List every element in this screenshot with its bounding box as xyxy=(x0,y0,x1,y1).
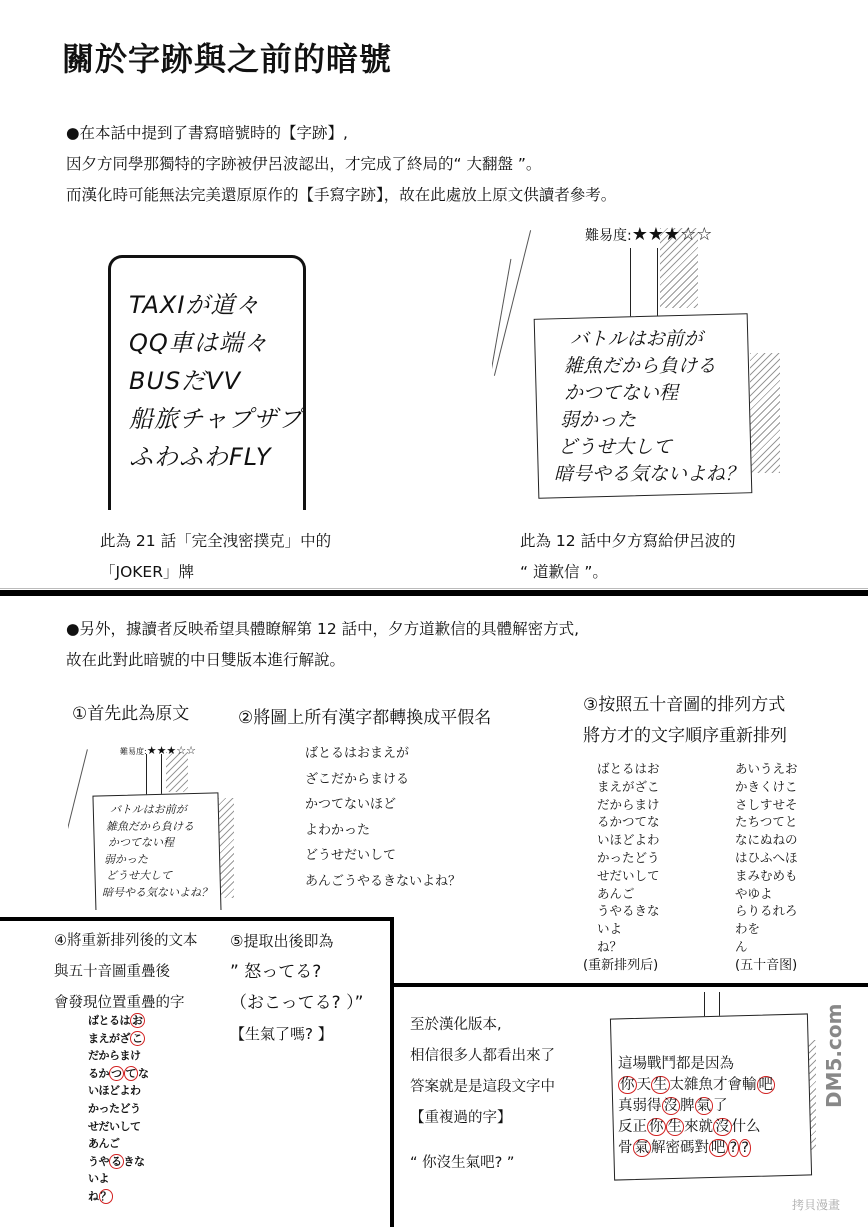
difficulty-label: 難易度: xyxy=(585,228,632,244)
card-handwritten-line: ふわふわFLY xyxy=(129,438,303,476)
circled-char: て xyxy=(124,1066,139,1081)
gojuon-row: ん xyxy=(735,938,798,956)
gojuon-row: らりるれろ xyxy=(735,902,798,920)
chinese-version-line: 相信很多人都看出來了 xyxy=(410,1041,555,1072)
caption-line: 「JOKER」牌 xyxy=(100,557,331,588)
page-title: 關於字跡與之前的暗號 xyxy=(62,34,392,80)
overlay-row: うやるきな xyxy=(88,1153,149,1171)
circled-char: ? xyxy=(739,1139,751,1157)
letter-line: どうせ大して xyxy=(106,868,212,885)
rearranged-row: いほどよわ xyxy=(597,831,660,849)
card-handwritten-line: TAXIが道々 xyxy=(129,286,303,324)
hiragana-line: よわかった xyxy=(305,818,461,844)
circled-char: つ xyxy=(109,1066,124,1081)
hiragana-line: あんごうやるきないよね？ xyxy=(305,869,461,895)
rearranged-row: いよ xyxy=(597,920,660,938)
letter-line: 雑魚だから負ける xyxy=(564,353,744,380)
gojuon-row: たちつてと xyxy=(735,813,798,831)
letter-line: かつてない程 xyxy=(564,380,744,407)
circled-char: る xyxy=(109,1154,124,1169)
overlay-row: いほどよわ xyxy=(88,1082,149,1100)
rearranged-row: あんご xyxy=(597,885,660,903)
difficulty-rating: 難易度:★★★☆☆ xyxy=(585,224,712,245)
apology-letter-caption: 此為 12 話中夕方寫給伊呂波的 “ 道歉信 ”。 xyxy=(520,526,736,588)
step1-original-image: 難易度:★★★☆☆ バトルはお前が 雑魚だから負ける かつてない程 弱かった ど… xyxy=(68,738,238,910)
circled-char: お xyxy=(130,1013,145,1028)
chinese-version-text: 至於漢化版本, 相信很多人都看出來了 答案就是是這段文字中 【重複過的字】 “ … xyxy=(410,1010,555,1179)
step1-heading: ①首先此為原文 xyxy=(72,699,189,724)
caption-line: “ 道歉信 ”。 xyxy=(520,557,736,588)
gojuon-row: あいうえお xyxy=(735,760,798,778)
divider xyxy=(0,588,868,589)
overlay-row: せだいして xyxy=(88,1118,149,1136)
intro-line: 而漢化時可能無法完美還原原作的【手寫字跡】，故在此處放上原文供讀者參考。 xyxy=(66,180,616,211)
caption-line: 此為 12 話中夕方寫給伊呂波的 xyxy=(520,526,736,557)
circled-char: こ xyxy=(130,1031,145,1046)
rearranged-column: ばとるはお まえがざこ だからまけ るかつてな いほどよわ かったどう せだいし… xyxy=(597,760,660,956)
apology-letter-image: 難易度:★★★☆☆ バトルはお前が 雑魚だから負ける かつてない程 弱かった ど… xyxy=(492,218,792,510)
caption-line: 此為 21 話「完全洩密撲克」中的 xyxy=(100,526,331,557)
panel-border xyxy=(0,917,394,921)
intro-line: 因夕方同學那獨特的字跡被伊呂波認出，才完成了終局的“ 大翻盤 ”。 xyxy=(66,149,616,180)
chinese-version-line: 答案就是是這段文字中 xyxy=(410,1072,555,1103)
circled-char: 你 xyxy=(618,1076,637,1094)
step3-heading-line: 將方才的文字順序重新排列 xyxy=(583,721,787,752)
step5-line: （おこってる? ）” xyxy=(230,988,363,1019)
step5-line: ” 怒ってる? xyxy=(230,957,363,988)
step2-heading: ②將圖上所有漢字都轉換成平假名 xyxy=(238,703,491,728)
hiragana-line: かつてないほど xyxy=(305,792,461,818)
gojuon-row: まみむめも xyxy=(735,867,798,885)
gojuon-row: さしすせそ xyxy=(735,796,798,814)
chinese-version-line: 【重複過的字】 xyxy=(410,1103,555,1134)
joker-card-caption: 此為 21 話「完全洩密撲克」中的 「JOKER」牌 xyxy=(100,526,331,588)
overlay-row: まえがざこ xyxy=(88,1030,149,1048)
note-line: 這場戰鬥都是因為 xyxy=(618,1054,775,1075)
note-line: 骨氣解密碼對吧?? xyxy=(618,1138,775,1159)
difficulty-rating: 難易度:★★★☆☆ xyxy=(120,744,196,757)
circled-char: 沒 xyxy=(662,1097,681,1115)
step5-block: ⑤提取出後即為 ” 怒ってる? （おこってる? ）” 【生氣了嗎? 】 xyxy=(230,926,363,1050)
letter-line: バトルはお前が xyxy=(570,326,744,353)
card-handwritten-line: BUSだVV xyxy=(129,362,303,400)
overlay-row: いよ xyxy=(88,1170,149,1188)
note-line: 真弱得沒脾氣了 xyxy=(618,1096,775,1117)
gojuon-row: はひふへほ xyxy=(735,849,798,867)
overlay-row: るかつてな xyxy=(88,1065,149,1083)
chinese-note-text: 這場戰鬥都是因為你天生太雜魚才會輸吧真弱得沒脾氣了反正你生來就沒什么骨氣解密碼對… xyxy=(618,1054,775,1159)
step5-answer: 【生氣了嗎? 】 xyxy=(230,1019,363,1050)
section2-line: ●另外，據讀者反映希望具體瞭解第 12 話中，夕方道歉信的具體解密方式, xyxy=(66,614,579,645)
letter-line: かつてない程 xyxy=(108,835,212,852)
star-rating-icon: ★★★☆☆ xyxy=(147,744,196,757)
rearranged-row: まえがざこ xyxy=(597,778,660,796)
circled-char: ？ xyxy=(99,1189,114,1204)
step4-heading-line: ④將重新排列後的文本 xyxy=(54,926,198,957)
panel-border xyxy=(390,983,868,987)
overlay-row: だからまけ xyxy=(88,1047,149,1065)
step2-hiragana-list: ばとるはおまえが ざこだからまける かつてないほど よわかった どうせだいして … xyxy=(305,741,461,895)
note-line: 你天生太雜魚才會輸吧 xyxy=(618,1075,775,1096)
rearranged-row: せだいして xyxy=(597,867,660,885)
step3-heading-line: ③按照五十音圖的排列方式 xyxy=(583,690,787,721)
overlay-row: ばとるはお xyxy=(88,1012,149,1030)
section2-line: 故在此對此暗號的中日雙版本進行解說。 xyxy=(66,645,579,676)
letter-line: 弱かった xyxy=(104,852,212,869)
section-divider-bar xyxy=(0,590,868,596)
rearranged-row: ばとるはお xyxy=(597,760,660,778)
hiragana-line: どうせだいして xyxy=(305,843,461,869)
hiragana-line: ばとるはおまえが xyxy=(305,741,461,767)
rearranged-row: うやるきな xyxy=(597,902,660,920)
circled-char: 沒 xyxy=(713,1118,732,1136)
step4-heading: ④將重新排列後的文本 與五十音圖重疊後 會發現位置重疊的字 xyxy=(54,926,198,1019)
letter-line: 雑魚だから負ける xyxy=(106,819,212,836)
difficulty-label: 難易度: xyxy=(120,747,147,756)
overlay-row: ね？ xyxy=(88,1188,149,1206)
letter-line: どうせ大して xyxy=(558,434,744,461)
rearranged-row: かったどう xyxy=(597,849,660,867)
circled-char: 生 xyxy=(666,1118,685,1136)
chinese-note-image: 這場戰鬥都是因為你天生太雜魚才會輸吧真弱得沒脾氣了反正你生來就沒什么骨氣解密碼對… xyxy=(596,992,858,1192)
circled-char: 氣 xyxy=(633,1139,652,1157)
letter-line: 暗号やる気ないよね？ xyxy=(554,461,744,488)
intro-paragraph: ●在本話中提到了書寫暗號時的【字跡】, 因夕方同學那獨特的字跡被伊呂波認出，才完… xyxy=(66,118,616,211)
step3-heading: ③按照五十音圖的排列方式 將方才的文字順序重新排列 xyxy=(583,690,787,752)
rearranged-label: (重新排列后) xyxy=(583,957,658,975)
overlay-row: かったどう xyxy=(88,1100,149,1118)
note-line: 反正你生來就沒什么 xyxy=(618,1117,775,1138)
card-handwritten-line: 船旅チャプザプ xyxy=(129,400,303,438)
star-rating-icon: ★★★☆☆ xyxy=(632,224,713,245)
circled-char: 你 xyxy=(647,1118,666,1136)
gojuon-row: かきくけこ xyxy=(735,778,798,796)
gojuon-label: (五十音图) xyxy=(735,957,797,975)
card-handwritten-line: QQ車は端々 xyxy=(129,324,303,362)
letter-line: 弱かった xyxy=(560,407,744,434)
gojuon-column: あいうえお かきくけこ さしすせそ たちつてと なにぬねの はひふへほ まみむめ… xyxy=(735,760,798,956)
step5-heading: ⑤提取出後即為 xyxy=(230,926,363,957)
circled-char: 氣 xyxy=(695,1097,714,1115)
overlay-row: あんご xyxy=(88,1135,149,1153)
chinese-version-answer: “ 你沒生氣吧? ” xyxy=(410,1148,555,1179)
gojuon-row: わを xyxy=(735,920,798,938)
intro-line: ●在本話中提到了書寫暗號時的【字跡】, xyxy=(66,118,616,149)
circled-char: 吧 xyxy=(757,1076,776,1094)
rearranged-row: ね？ xyxy=(597,938,660,956)
section2-paragraph: ●另外，據讀者反映希望具體瞭解第 12 話中，夕方道歉信的具體解密方式, 故在此… xyxy=(66,614,579,676)
circled-char: ? xyxy=(728,1139,740,1157)
chinese-version-line: 至於漢化版本, xyxy=(410,1010,555,1041)
circled-char: 生 xyxy=(651,1076,670,1094)
circled-char: 吧 xyxy=(709,1139,728,1157)
overlay-kana-list: ばとるはおまえがざこだからまけるかつてないほどよわかったどうせだいしてあんごうや… xyxy=(88,1012,149,1206)
letter-line: 暗号やる気ないよね？ xyxy=(102,885,212,902)
hiragana-line: ざこだからまける xyxy=(305,767,461,793)
rearranged-row: るかつてな xyxy=(597,813,660,831)
site-watermark: DM5.com xyxy=(822,1004,846,1108)
bottom-watermark: 拷貝漫畫 xyxy=(792,1196,840,1213)
joker-card-image: TAXIが道々 QQ車は端々 BUSだVV 船旅チャプザプ ふわふわFLY xyxy=(108,255,306,510)
gojuon-row: なにぬねの xyxy=(735,831,798,849)
step4-heading-line: 與五十音圖重疊後 xyxy=(54,957,198,988)
letter-line: バトルはお前が xyxy=(110,802,212,819)
gojuon-row: やゆよ xyxy=(735,885,798,903)
panel-border xyxy=(390,917,394,1227)
rearranged-row: だからまけ xyxy=(597,796,660,814)
